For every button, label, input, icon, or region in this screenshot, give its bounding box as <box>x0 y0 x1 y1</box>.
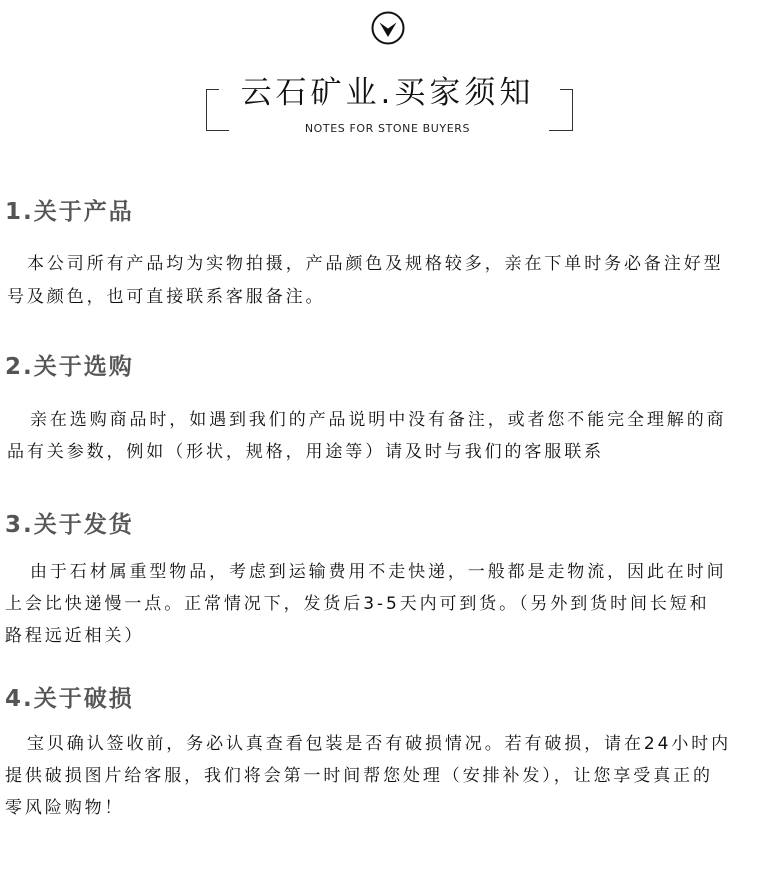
section-text-line: 提供破损图片给客服，我们将会第一时间帮您处理（安排补发），让您享受真正的 <box>5 764 713 788</box>
section-text-line: 亲在选购商品时，如遇到我们的产品说明中没有备注，或者您不能完全理解的商 <box>30 408 727 432</box>
section-text-line: 路程远近相关） <box>5 624 144 648</box>
section-heading-purchase: 2.关于选购 <box>5 352 134 382</box>
section-text-line: 宝贝确认签收前，务必认真查看包装是否有破损情况。若有破损，请在24小时内 <box>27 732 731 756</box>
section-heading-damage: 4.关于破损 <box>5 684 134 714</box>
section-text-line: 本公司所有产品均为实物拍摄，产品颜色及规格较多，亲在下单时务必备注好型 <box>27 252 724 276</box>
section-text-line: 上会比快递慢一点。正常情况下，发货后3-5天内可到货。（另外到货时间长短和 <box>5 592 710 616</box>
section-heading-shipping: 3.关于发货 <box>5 510 134 540</box>
section-heading-product: 1.关于产品 <box>5 197 134 227</box>
section-text-line: 由于石材属重型物品，考虑到运输费用不走快递，一般都是走物流，因此在时间 <box>30 560 727 584</box>
page-title: 云石矿业.买家须知 <box>0 74 775 112</box>
section-text-line: 零风险购物！ <box>5 796 124 820</box>
chevron-down-circle-icon <box>371 11 405 45</box>
page-subtitle: NOTES FOR STONE BUYERS <box>0 122 775 136</box>
section-text-line: 号及颜色，也可直接联系客服备注。 <box>7 285 325 309</box>
section-text-line: 品有关参数，例如（形状，规格，用途等）请及时与我们的客服联系 <box>7 440 604 464</box>
